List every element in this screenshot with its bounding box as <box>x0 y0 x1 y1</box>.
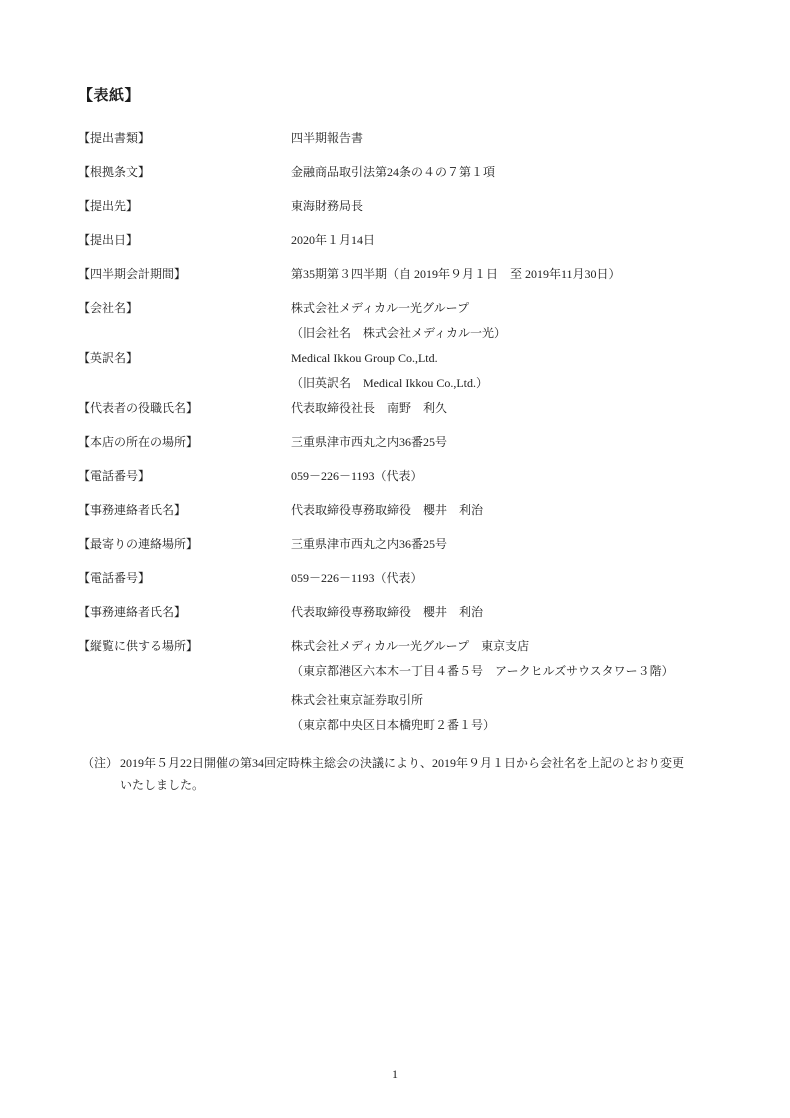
field-label: 【英訳名】 <box>78 346 291 371</box>
field-value: 四半期報告書 <box>291 126 728 151</box>
field-value: 金融商品取引法第24条の４の７第１項 <box>291 160 728 185</box>
field-label: 【代表者の役職氏名】 <box>78 396 291 421</box>
field-value-line: Medical Ikkou Group Co.,Ltd. <box>291 346 728 371</box>
field-value: Medical Ikkou Group Co.,Ltd. （旧英訳名 Medic… <box>291 346 728 396</box>
field-value: 第35期第３四半期（自 2019年９月１日 至 2019年11月30日） <box>291 262 728 287</box>
field-row-public-inspection-places: 【縦覧に供する場所】 株式会社メディカル一光グループ 東京支店 （東京都港区六本… <box>78 634 728 738</box>
field-label: 【縦覧に供する場所】 <box>78 634 291 659</box>
field-row-submitted-to: 【提出先】 東海財務局長 <box>78 194 728 219</box>
field-value-line: 株式会社メディカル一光グループ 東京支店 <box>291 634 728 659</box>
field-value-line: 四半期報告書 <box>291 126 728 151</box>
field-value-line: 第35期第３四半期（自 2019年９月１日 至 2019年11月30日） <box>291 262 728 287</box>
field-value-line: 059－226－1193（代表） <box>291 566 728 591</box>
document-title: 【表紙】 <box>78 88 728 104</box>
field-value: 代表取締役専務取締役 櫻井 利治 <box>291 600 728 625</box>
field-row-english-name: 【英訳名】 Medical Ikkou Group Co.,Ltd. （旧英訳名… <box>78 346 728 396</box>
note-marker: （注） <box>82 752 118 774</box>
field-row-phone-number-1: 【電話番号】 059－226－1193（代表） <box>78 464 728 489</box>
note: （注） 2019年５月22日開催の第34回定時株主総会の決議により、2019年９… <box>78 752 728 796</box>
field-value: 2020年１月14日 <box>291 228 728 253</box>
field-row-legal-basis: 【根拠条文】 金融商品取引法第24条の４の７第１項 <box>78 160 728 185</box>
field-value-line: 代表取締役社長 南野 利久 <box>291 396 728 421</box>
field-row-submission-date: 【提出日】 2020年１月14日 <box>78 228 728 253</box>
field-label: 【四半期会計期間】 <box>78 262 291 287</box>
field-label: 【提出書類】 <box>78 126 291 151</box>
field-label: 【会社名】 <box>78 296 291 321</box>
field-value: 東海財務局長 <box>291 194 728 219</box>
page-number: 1 <box>0 1066 790 1082</box>
field-value-line: 代表取締役専務取締役 櫻井 利治 <box>291 498 728 523</box>
field-row-quarter-period: 【四半期会計期間】 第35期第３四半期（自 2019年９月１日 至 2019年1… <box>78 262 728 287</box>
field-row-representative: 【代表者の役職氏名】 代表取締役社長 南野 利久 <box>78 396 728 421</box>
field-row-phone-number-2: 【電話番号】 059－226－1193（代表） <box>78 566 728 591</box>
document-page: 【表紙】 【提出書類】 四半期報告書 【根拠条文】 金融商品取引法第24条の４の… <box>0 0 790 1118</box>
field-row-nearest-contact: 【最寄りの連絡場所】 三重県津市西丸之内36番25号 <box>78 532 728 557</box>
field-label: 【提出日】 <box>78 228 291 253</box>
field-value-line: （東京都中央区日本橋兜町２番１号） <box>291 713 728 738</box>
field-value-line: 059－226－1193（代表） <box>291 464 728 489</box>
field-label: 【根拠条文】 <box>78 160 291 185</box>
field-value-line: （東京都港区六本木一丁目４番５号 アークヒルズサウスタワー３階） <box>291 659 728 684</box>
field-row-head-office: 【本店の所在の場所】 三重県津市西丸之内36番25号 <box>78 430 728 455</box>
field-label: 【事務連絡者氏名】 <box>78 498 291 523</box>
field-value: 059－226－1193（代表） <box>291 566 728 591</box>
field-value-line: 株式会社メディカル一光グループ <box>291 296 728 321</box>
field-value: 代表取締役専務取締役 櫻井 利治 <box>291 498 728 523</box>
field-label: 【電話番号】 <box>78 566 291 591</box>
field-value-line: 2020年１月14日 <box>291 228 728 253</box>
field-value-line: 株式会社東京証券取引所 <box>291 688 728 713</box>
field-label: 【事務連絡者氏名】 <box>78 600 291 625</box>
document-content: 【表紙】 【提出書類】 四半期報告書 【根拠条文】 金融商品取引法第24条の４の… <box>78 88 728 796</box>
field-value-line: 東海財務局長 <box>291 194 728 219</box>
field-value-line: 代表取締役専務取締役 櫻井 利治 <box>291 600 728 625</box>
field-value-line: （旧会社名 株式会社メディカル一光） <box>291 321 728 346</box>
field-value-line: 金融商品取引法第24条の４の７第１項 <box>291 160 728 185</box>
field-value-line: （旧英訳名 Medical Ikkou Co.,Ltd.） <box>291 371 728 396</box>
field-label: 【提出先】 <box>78 194 291 219</box>
field-label: 【電話番号】 <box>78 464 291 489</box>
field-value: 株式会社メディカル一光グループ （旧会社名 株式会社メディカル一光） <box>291 296 728 346</box>
field-value: 三重県津市西丸之内36番25号 <box>291 430 728 455</box>
field-label: 【本店の所在の場所】 <box>78 430 291 455</box>
field-value-line: 三重県津市西丸之内36番25号 <box>291 430 728 455</box>
field-row-company-name: 【会社名】 株式会社メディカル一光グループ （旧会社名 株式会社メディカル一光） <box>78 296 728 346</box>
field-value: 代表取締役社長 南野 利久 <box>291 396 728 421</box>
note-text: 2019年５月22日開催の第34回定時株主総会の決議により、2019年９月１日か… <box>120 752 694 796</box>
field-value: 059－226－1193（代表） <box>291 464 728 489</box>
field-value: 三重県津市西丸之内36番25号 <box>291 532 728 557</box>
field-row-contact-person-2: 【事務連絡者氏名】 代表取締役専務取締役 櫻井 利治 <box>78 600 728 625</box>
field-row-submitted-document: 【提出書類】 四半期報告書 <box>78 126 728 151</box>
field-label: 【最寄りの連絡場所】 <box>78 532 291 557</box>
field-value: 株式会社メディカル一光グループ 東京支店 （東京都港区六本木一丁目４番５号 アー… <box>291 634 728 738</box>
field-row-contact-person-1: 【事務連絡者氏名】 代表取締役専務取締役 櫻井 利治 <box>78 498 728 523</box>
field-value-line: 三重県津市西丸之内36番25号 <box>291 532 728 557</box>
